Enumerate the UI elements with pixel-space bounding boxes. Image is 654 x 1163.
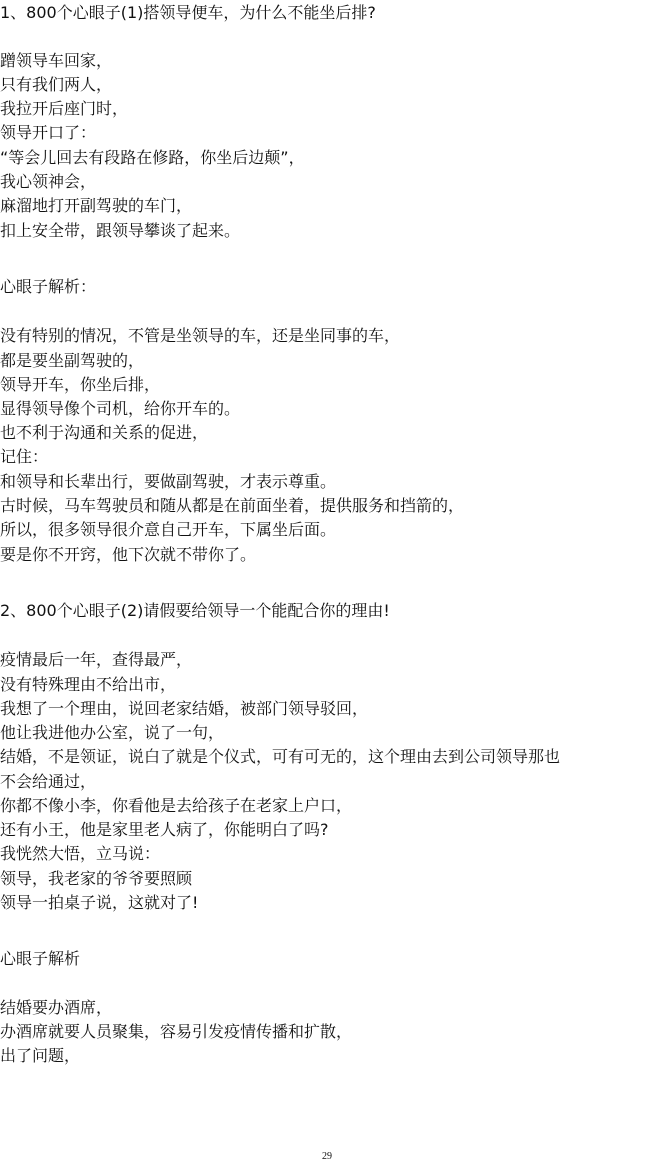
paragraph-line: 记住：: [0, 446, 48, 468]
paragraph-line: 和领导和长辈出行，要做副驾驶，才表示尊重。: [0, 471, 336, 493]
paragraph-line: 古时候，马车驾驶员和随从都是在前面坐着，提供服务和挡箭的，: [0, 495, 464, 517]
paragraph-line: 扣上安全带，跟领导攀谈了起来。: [0, 220, 240, 242]
paragraph-line: 领导，我老家的爷爷要照顾: [0, 868, 192, 890]
paragraph-line: 他让我进他办公室，说了一句，: [0, 722, 224, 744]
paragraph-line: 办酒席就要人员聚集，容易引发疫情传播和扩散，: [0, 1021, 352, 1043]
page-number: 29: [0, 1151, 654, 1162]
paragraph-line: 领导开口了：: [0, 122, 96, 144]
section-1-analysis-heading: 心眼子解析：: [0, 276, 96, 298]
paragraph-line: 还有小王，他是家里老人病了，你能明白了吗?: [0, 819, 329, 841]
paragraph-line: 结婚要办酒席，: [0, 997, 112, 1019]
paragraph-line: 不会给通过，: [0, 771, 96, 793]
paragraph-line: 蹭领导车回家，: [0, 50, 112, 72]
paragraph-line: 没有特别的情况，不管是坐领导的车，还是坐同事的车，: [0, 325, 400, 347]
paragraph-line: 所以，很多领导很介意自己开车，下属坐后面。: [0, 519, 336, 541]
paragraph-line: 要是你不开窍，他下次就不带你了。: [0, 544, 256, 566]
section-1-title: 1、800个心眼子(1)搭领导便车，为什么不能坐后排?: [0, 2, 376, 24]
paragraph-line: 也不利于沟通和关系的促进，: [0, 422, 208, 444]
paragraph-line: 我想了一个理由，说回老家结婚，被部门领导驳回，: [0, 698, 368, 720]
section-2-analysis-heading: 心眼子解析: [0, 948, 80, 970]
paragraph-line: 只有我们两人，: [0, 74, 112, 96]
paragraph-line: 领导开车，你坐后排，: [0, 374, 160, 396]
paragraph-line: 显得领导像个司机，给你开车的。: [0, 398, 240, 420]
paragraph-line: 我拉开后座门时，: [0, 98, 128, 120]
paragraph-line: 我恍然大悟，立马说：: [0, 843, 160, 865]
paragraph-line: 我心领神会，: [0, 171, 96, 193]
paragraph-line: 都是要坐副驾驶的，: [0, 350, 144, 372]
paragraph-line: 你都不像小李，你看他是去给孩子在老家上户口，: [0, 795, 352, 817]
paragraph-line: 领导一拍桌子说，这就对了!: [0, 892, 198, 914]
paragraph-line: “等会儿回去有段路在修路，你坐后边颠”，: [0, 147, 305, 169]
paragraph-line: 麻溜地打开副驾驶的车门，: [0, 195, 192, 217]
paragraph-line: 出了问题，: [0, 1045, 80, 1067]
paragraph-line: 没有特殊理由不给出市，: [0, 674, 176, 696]
paragraph-line: 疫情最后一年，查得最严，: [0, 649, 192, 671]
section-2-title: 2、800个心眼子(2)请假要给领导一个能配合你的理由!: [0, 600, 390, 622]
paragraph-line: 结婚，不是领证，说白了就是个仪式，可有可无的，这个理由去到公司领导那也: [0, 746, 560, 768]
